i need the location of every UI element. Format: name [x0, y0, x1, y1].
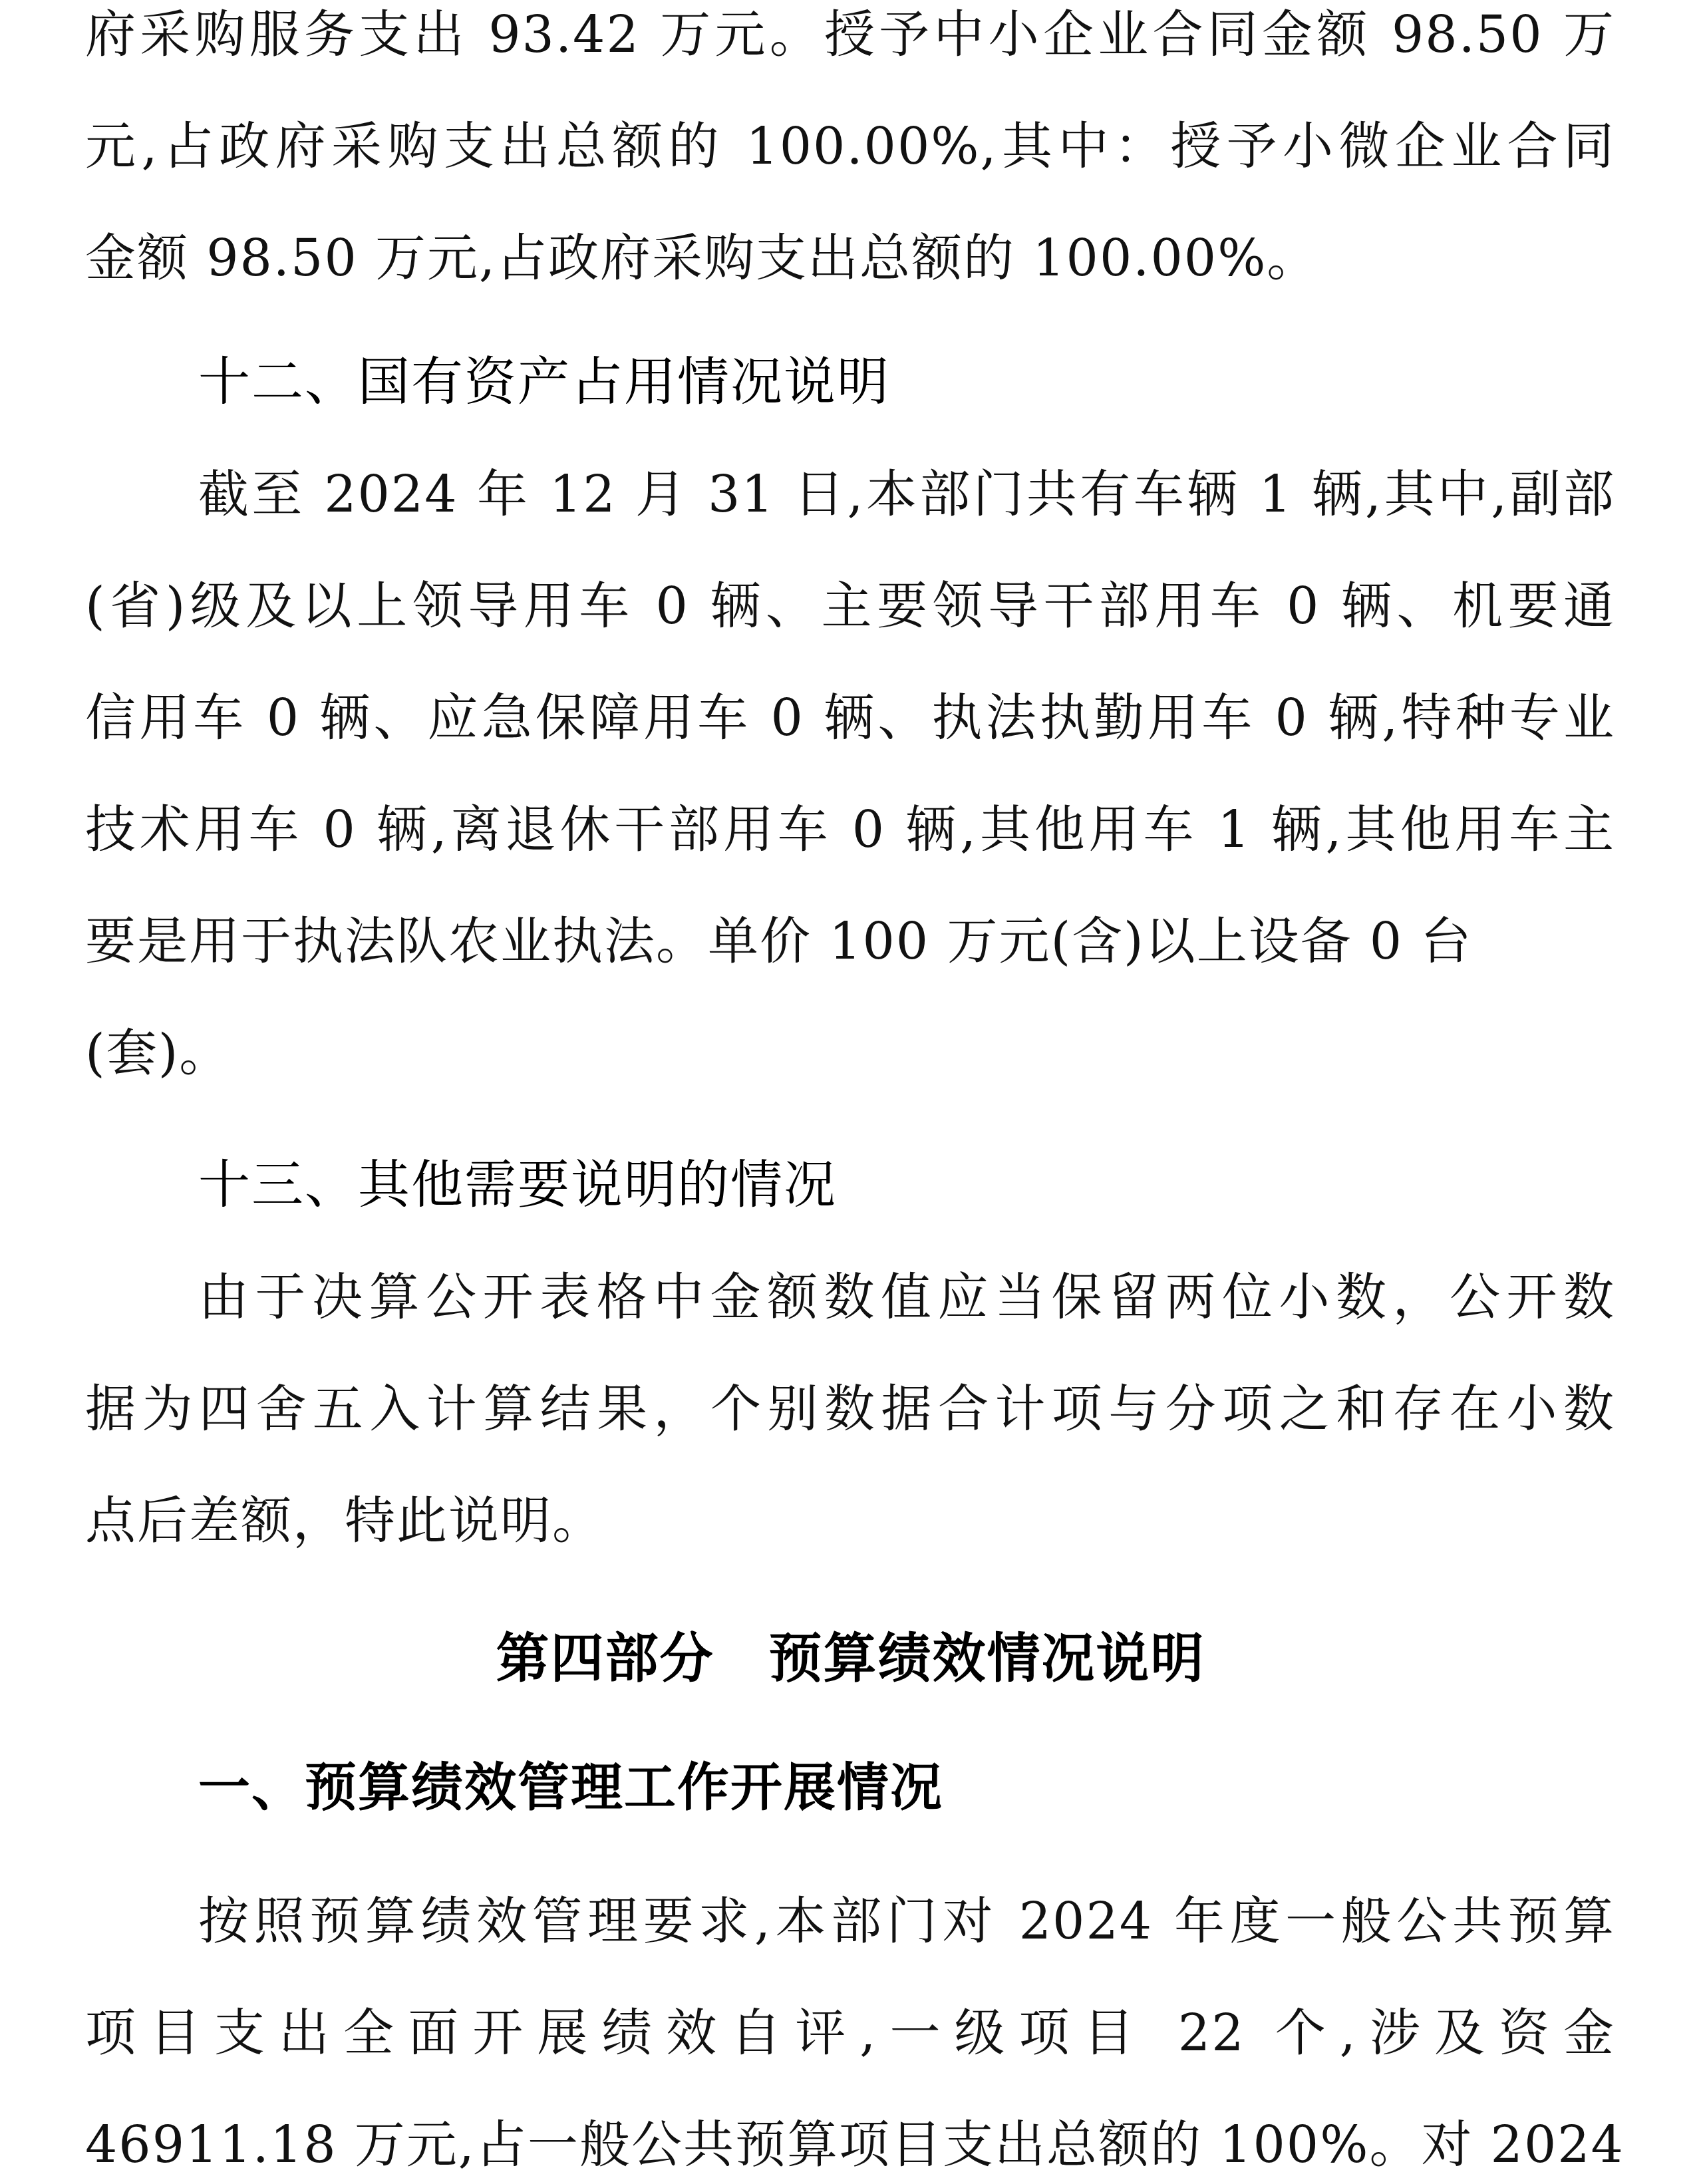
paragraph-line: 信用车 0 辆、应急保障用车 0 辆、执法执勤用车 0 辆,特种专业 [85, 678, 1615, 758]
paragraph-line: 按照预算绩效管理要求,本部门对 2024 年度一般公共预算 [198, 1881, 1615, 1961]
paragraph-line: 由于决算公开表格中金额数值应当保留两位小数，公开数 [198, 1257, 1615, 1337]
section-heading-other-notes: 十三、其他需要说明的情况 [198, 1146, 837, 1225]
paragraph-line: 技术用车 0 辆,离退休干部用车 0 辆,其他用车 1 辆,其他用车主 [85, 790, 1615, 869]
paragraph-line: 截至 2024 年 12 月 31 日,本部门共有车辆 1 辆,其中,副部 [198, 454, 1615, 534]
paragraph-line: 要是用于执法队农业执法。单价 100 万元(含)以上设备 0 台 [85, 901, 1615, 981]
document-page: 府采购服务支出 93.42 万元。授予中小企业合同金额 98.50 万 元,占政… [0, 0, 1701, 2184]
paragraph-line: 项目支出全面开展绩效自评,一级项目 22 个,涉及资金 [85, 1993, 1615, 2073]
section-heading-state-assets: 十二、国有资产占用情况说明 [198, 343, 890, 422]
paragraph-line: 点后差额，特此说明。 [85, 1481, 1615, 1561]
paragraph-line: 据为四舍五入计算结果，个别数据合计项与分项之和存在小数 [85, 1369, 1615, 1449]
paragraph-line: 府采购服务支出 93.42 万元。授予中小企业合同金额 98.50 万 [85, 0, 1615, 75]
section-heading-performance-management: 一、预算绩效管理工作开展情况 [198, 1748, 943, 1828]
paragraph-line: (套)。 [85, 1013, 1615, 1093]
paragraph-line: 元,占政府采购支出总额的 100.00%,其中：授予小微企业合同 [85, 106, 1615, 186]
paragraph-line: 46911.18 万元,占一般公共预算项目支出总额的 100%。对 2024 [85, 2105, 1615, 2184]
paragraph-line: (省)级及以上领导用车 0 辆、主要领导干部用车 0 辆、机要通 [85, 566, 1615, 646]
part-title: 第四部分 预算绩效情况说明 [0, 1618, 1701, 1698]
paragraph-line: 金额 98.50 万元,占政府采购支出总额的 100.00%。 [85, 218, 1615, 298]
